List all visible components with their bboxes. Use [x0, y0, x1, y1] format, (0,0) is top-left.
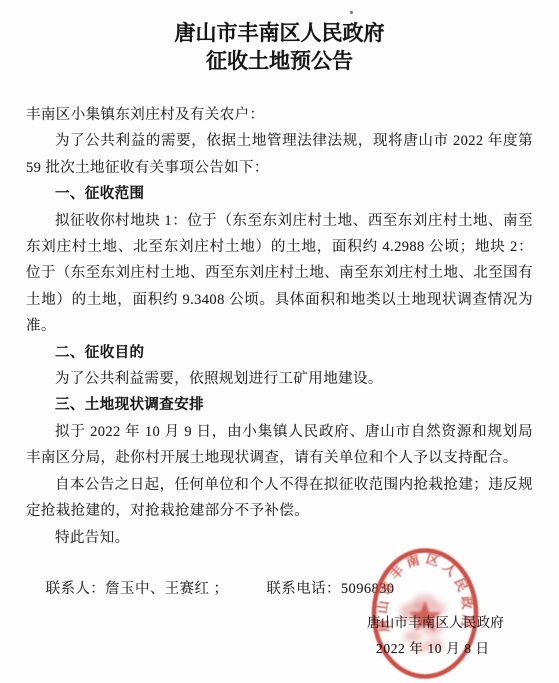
body-paragraph-scope: 拟征收你村地块 1：位于（东至东刘庄村土地、西至东刘庄村土地、南至东刘庄村土地、…: [26, 208, 533, 340]
signature-date: 2022 年 10 月 8 日: [376, 637, 490, 657]
salutation: 丰南区小集镇东刘庄村及有关农户：: [26, 102, 533, 128]
document-page: 唐山市丰南区人民政府 征收土地预公告 丰南区小集镇东刘庄村及有关农户： 为了公共…: [0, 0, 559, 683]
section-heading-2: 二、征收目的: [26, 340, 533, 366]
body-paragraph-intro: 为了公共利益的需要，依据土地管理法律法规，现将唐山市 2022 年度第 59 批…: [26, 128, 533, 181]
contact-person: 联系人：詹玉中、王赛红 ；: [46, 577, 229, 598]
body-paragraph-purpose: 为了公共利益需要，依照规划进行工矿用地建设。: [26, 366, 533, 392]
page-title-line-1: 唐山市丰南区人民政府: [26, 20, 533, 48]
section-heading-3: 三、土地现状调查安排: [26, 392, 533, 418]
page-title-line-2: 征收土地预公告: [26, 48, 533, 76]
section-heading-1: 一、征收范围: [26, 181, 533, 207]
document-body: 丰南区小集镇东刘庄村及有关农户： 为了公共利益的需要，依据土地管理法律法规，现将…: [26, 102, 533, 551]
body-paragraph-prohibition: 自本公告之日起，任何单位和个人不得在拟征收范围内抢栽抢建；违反规定抢栽抢建的，对…: [26, 472, 533, 525]
body-paragraph-survey: 拟于 2022 年 10 月 9 日，由小集镇人民政府、唐山市自然资源和规划局丰…: [26, 419, 533, 472]
page-title: 唐山市丰南区人民政府 征收土地预公告: [26, 20, 533, 76]
scan-artifact-dot: [350, 11, 353, 14]
signature-issuer: 唐山市丰南区人民政府: [367, 611, 504, 631]
